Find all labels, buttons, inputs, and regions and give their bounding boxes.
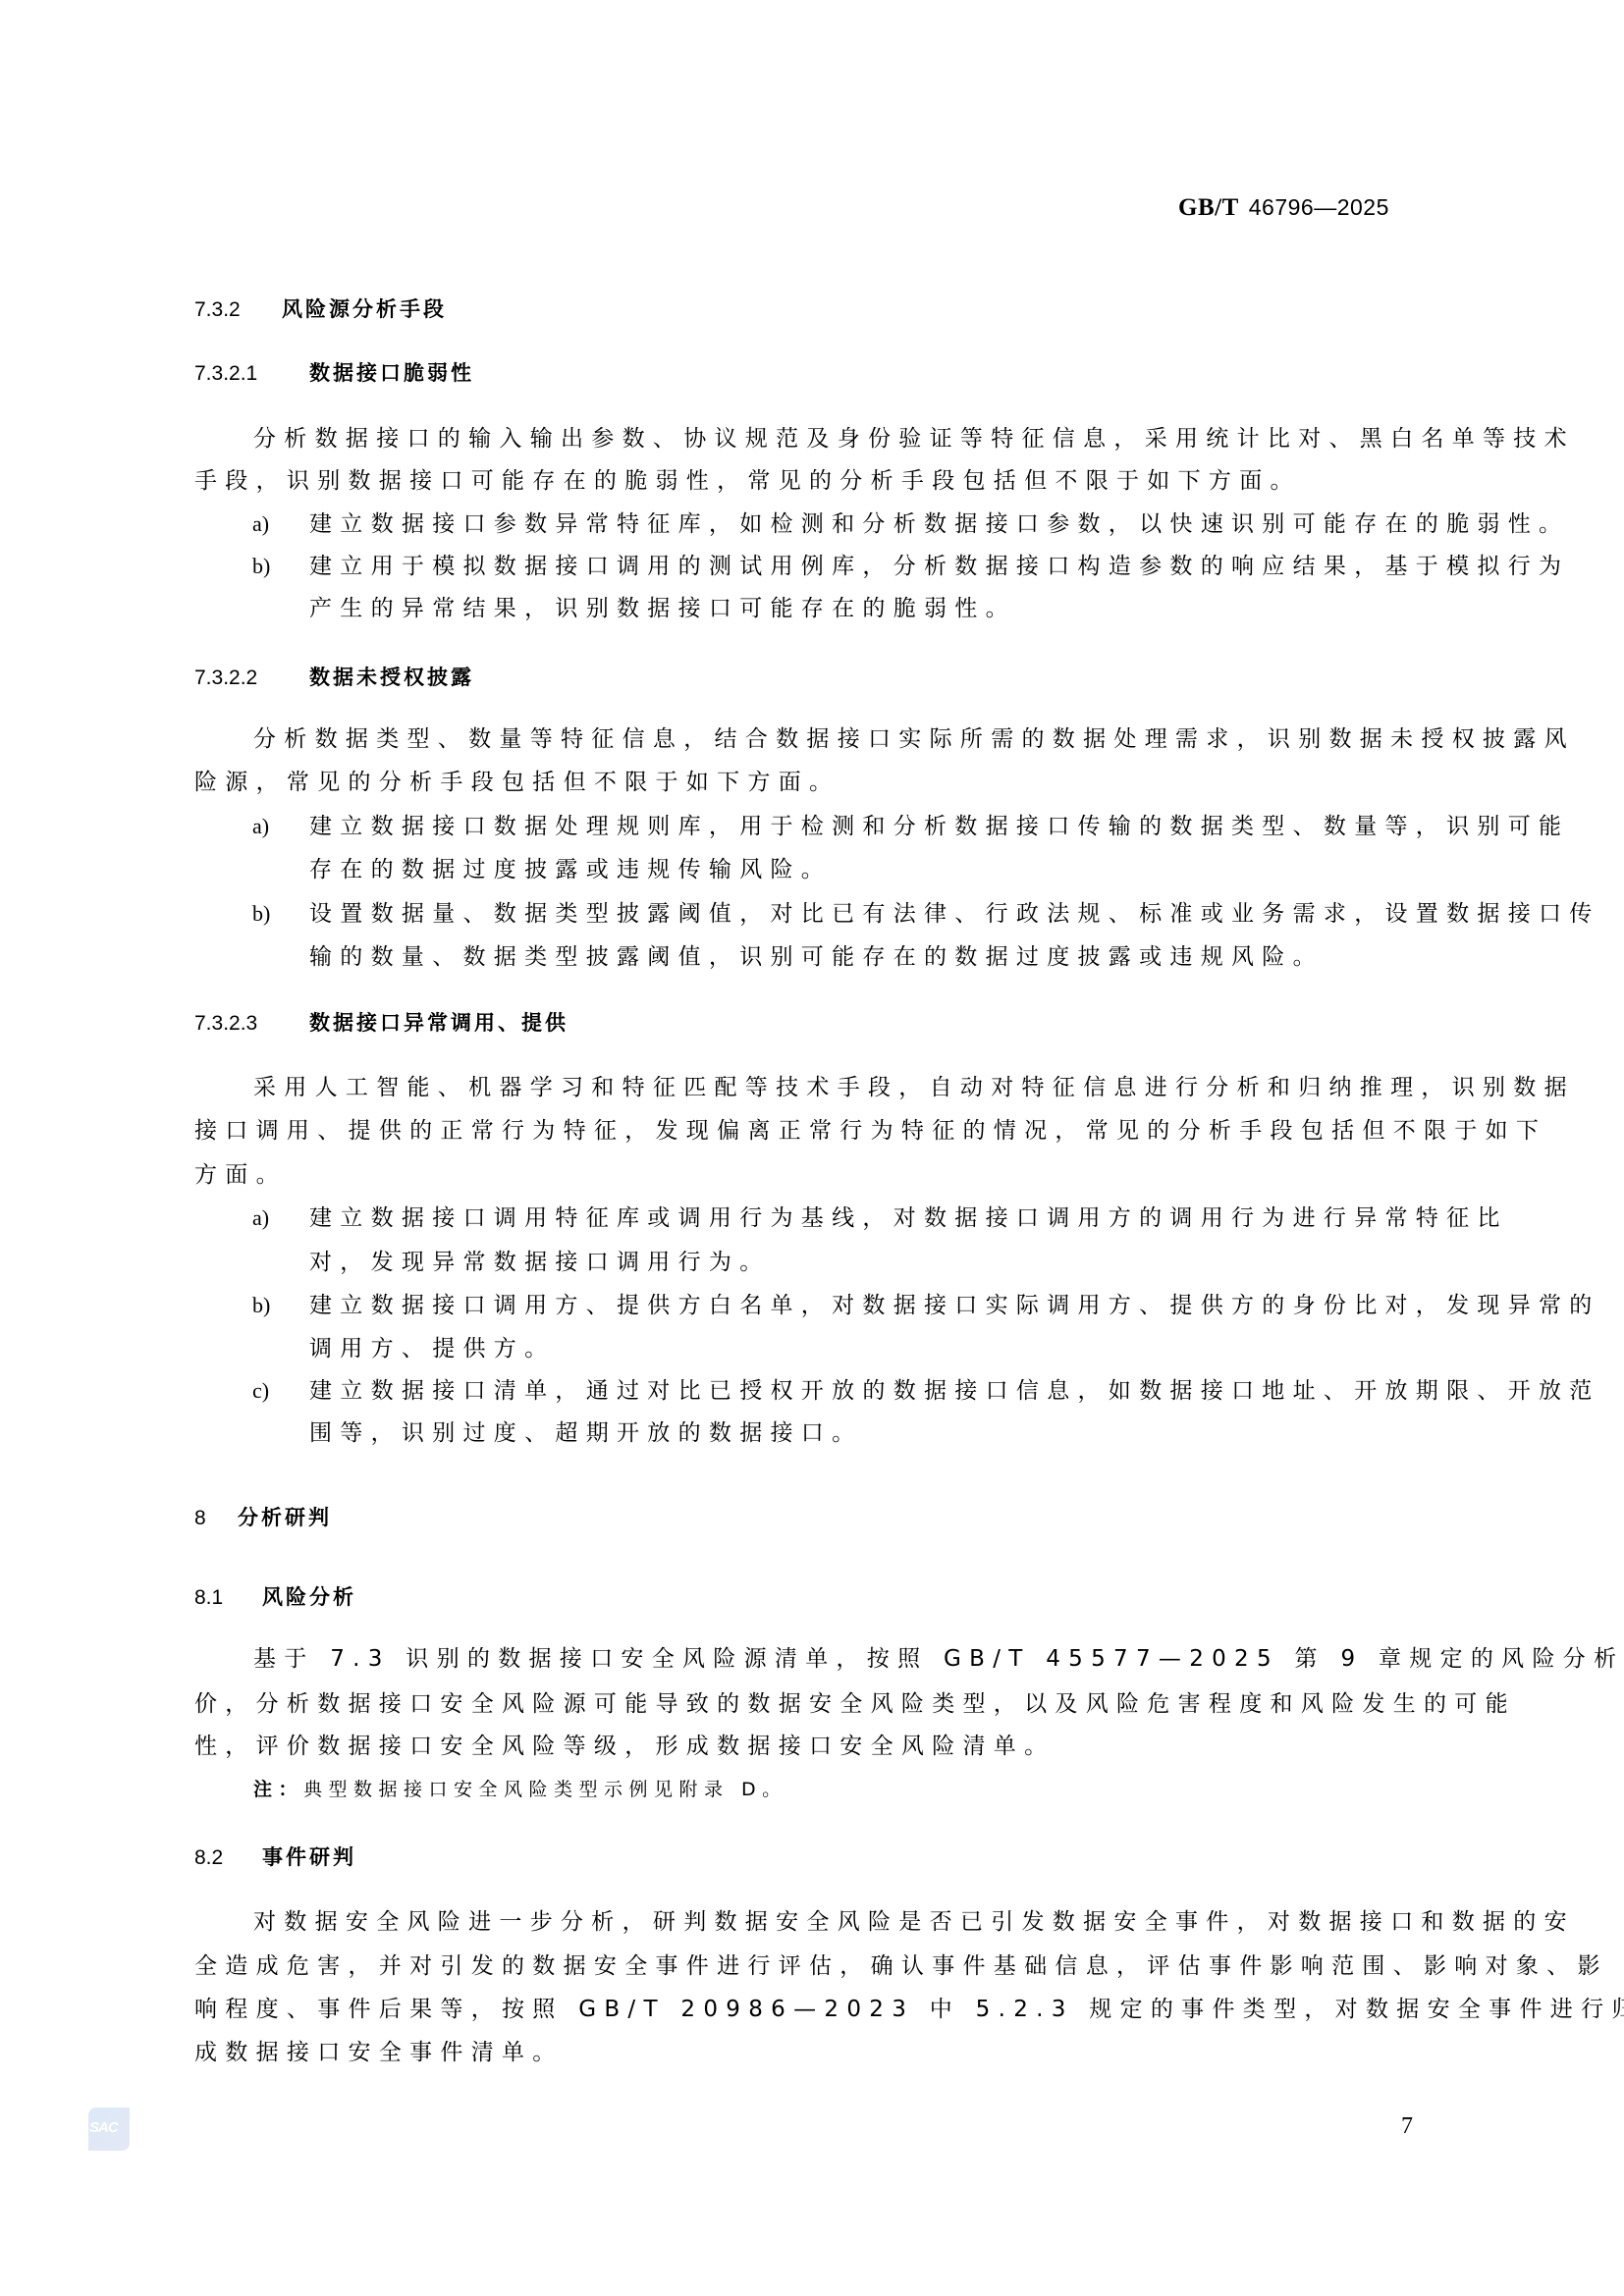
list-item-line: 建立数据接口清单，通过对比已授权开放的数据接口信息，如数据接口地址、开放期限、开…: [309, 1378, 1600, 1404]
heading-7-3-2-1: 7.3.2.1数据接口脆弱性: [194, 361, 474, 386]
list-label: c): [252, 1378, 269, 1404]
paragraph-line: 分析数据接口的输入输出参数、协议规范及身份验证等特征信息，采用统计比对、黑白名单…: [253, 426, 1575, 452]
list-label: a): [252, 814, 269, 839]
heading-8: 8分析研判: [194, 1506, 332, 1530]
sac-logo-icon: SAC: [88, 2108, 130, 2151]
heading-number: 8.2: [194, 1846, 262, 1870]
paragraph-line: 基于 7.3 识别的数据接口安全风险源清单，按照 GB/T 45577—2025…: [253, 1646, 1624, 1672]
list-item-line: 调用方、提供方。: [309, 1336, 555, 1362]
list-item-line: 建立数据接口参数异常特征库，如检测和分析数据接口参数，以快速识别可能存在的脆弱性…: [309, 511, 1569, 537]
list-item-line: 建立数据接口数据处理规则库，用于检测和分析数据接口传输的数据类型、数量等，识别可…: [309, 814, 1569, 839]
document-page: GB/T46796—2025 7.3.2风险源分析手段 7.3.2.1数据接口脆…: [0, 0, 1624, 2296]
heading-title: 风险分析: [262, 1585, 356, 1609]
list-item-line: 输的数量、数据类型披露阈值，识别可能存在的数据过度披露或违规风险。: [309, 944, 1324, 970]
paragraph-line: 全造成危害，并对引发的数据安全事件进行评估，确认事件基础信息，评估事件影响范围、…: [194, 1953, 1608, 1979]
heading-number: 8: [194, 1507, 238, 1530]
list-item-line: 产生的异常结果，识别数据接口可能存在的脆弱性。: [309, 596, 1016, 621]
list-item-line: 对，发现异常数据接口调用行为。: [309, 1250, 771, 1275]
heading-title: 数据接口异常调用、提供: [309, 1011, 568, 1035]
note-label: 注：: [253, 1779, 303, 1800]
heading-number: 7.3.2: [194, 298, 282, 322]
list-label: b): [252, 1293, 270, 1318]
list-item-line: 建立用于模拟数据接口调用的测试用例库，分析数据接口构造参数的响应结果，基于模拟行…: [309, 554, 1569, 579]
list-label: b): [252, 901, 270, 927]
list-item-line: 围等，识别过度、超期开放的数据接口。: [309, 1420, 862, 1446]
note-text: 典型数据接口安全风险类型示例见附录 D。: [303, 1779, 787, 1800]
standard-prefix: GB/T: [1178, 194, 1239, 221]
heading-number: 8.1: [194, 1586, 262, 1610]
paragraph-line: 响程度、事件后果等，按照 GB/T 20986—2023 中 5.2.3 规定的…: [194, 1997, 1624, 2022]
paragraph-line: 接口调用、提供的正常行为特征，发现偏离正常行为特征的情况，常见的分析手段包括但不…: [194, 1118, 1546, 1144]
list-label: a): [252, 1205, 269, 1231]
heading-7-3-2-3: 7.3.2.3数据接口异常调用、提供: [194, 1011, 568, 1036]
standard-number: 46796—2025: [1249, 194, 1389, 220]
paragraph-line: 分析数据类型、数量等特征信息，结合数据接口实际所需的数据处理需求，识别数据未授权…: [253, 726, 1575, 752]
heading-title: 数据未授权披露: [309, 666, 474, 689]
list-item-line: 存在的数据过度披露或违规传输风险。: [309, 857, 832, 882]
paragraph-line: 对数据安全风险进一步分析，研判数据安全风险是否已引发数据安全事件，对数据接口和数…: [253, 1909, 1575, 1935]
page-number: 7: [1401, 2113, 1413, 2140]
paragraph-line: 价，分析数据接口安全风险源可能导致的数据安全风险类型，以及风险危害程度和风险发生…: [194, 1691, 1516, 1717]
paragraph-line: 方面。: [194, 1162, 287, 1188]
heading-title: 数据接口脆弱性: [309, 361, 474, 385]
paragraph-line: 采用人工智能、机器学习和特征匹配等技术手段，自动对特征信息进行分析和归纳推理，识…: [253, 1075, 1575, 1100]
heading-8-2: 8.2事件研判: [194, 1845, 356, 1870]
list-item-line: 建立数据接口调用方、提供方白名单，对数据接口实际调用方、提供方的身份比对，发现异…: [309, 1293, 1600, 1318]
heading-7-3-2-2: 7.3.2.2数据未授权披露: [194, 666, 474, 690]
list-item-line: 设置数据量、数据类型披露阈值，对比已有法律、行政法规、标准或业务需求，设置数据接…: [309, 901, 1600, 927]
note: 注：典型数据接口安全风险类型示例见附录 D。: [253, 1779, 787, 1800]
heading-title: 风险源分析手段: [282, 297, 447, 321]
heading-number: 7.3.2.1: [194, 362, 309, 386]
heading-number: 7.3.2.2: [194, 667, 309, 690]
list-label: b): [252, 554, 270, 579]
heading-8-1: 8.1风险分析: [194, 1585, 356, 1610]
heading-7-3-2: 7.3.2风险源分析手段: [194, 297, 447, 322]
heading-title: 事件研判: [262, 1845, 356, 1869]
sac-logo-text: SAC: [89, 2119, 118, 2136]
paragraph-line: 成数据接口安全事件清单。: [194, 2040, 564, 2065]
standard-code-header: GB/T46796—2025: [1178, 194, 1389, 222]
paragraph-line: 险源，常见的分析手段包括但不限于如下方面。: [194, 770, 839, 795]
heading-number: 7.3.2.3: [194, 1012, 309, 1036]
paragraph-line: 手段，识别数据接口可能存在的脆弱性，常见的分析手段包括但不限于如下方面。: [194, 468, 1301, 494]
paragraph-line: 性，评价数据接口安全风险等级，形成数据接口安全风险清单。: [194, 1734, 1055, 1759]
heading-title: 分析研判: [238, 1506, 332, 1529]
list-item-line: 建立数据接口调用特征库或调用行为基线，对数据接口调用方的调用行为进行异常特征比: [309, 1205, 1508, 1231]
list-label: a): [252, 511, 269, 537]
